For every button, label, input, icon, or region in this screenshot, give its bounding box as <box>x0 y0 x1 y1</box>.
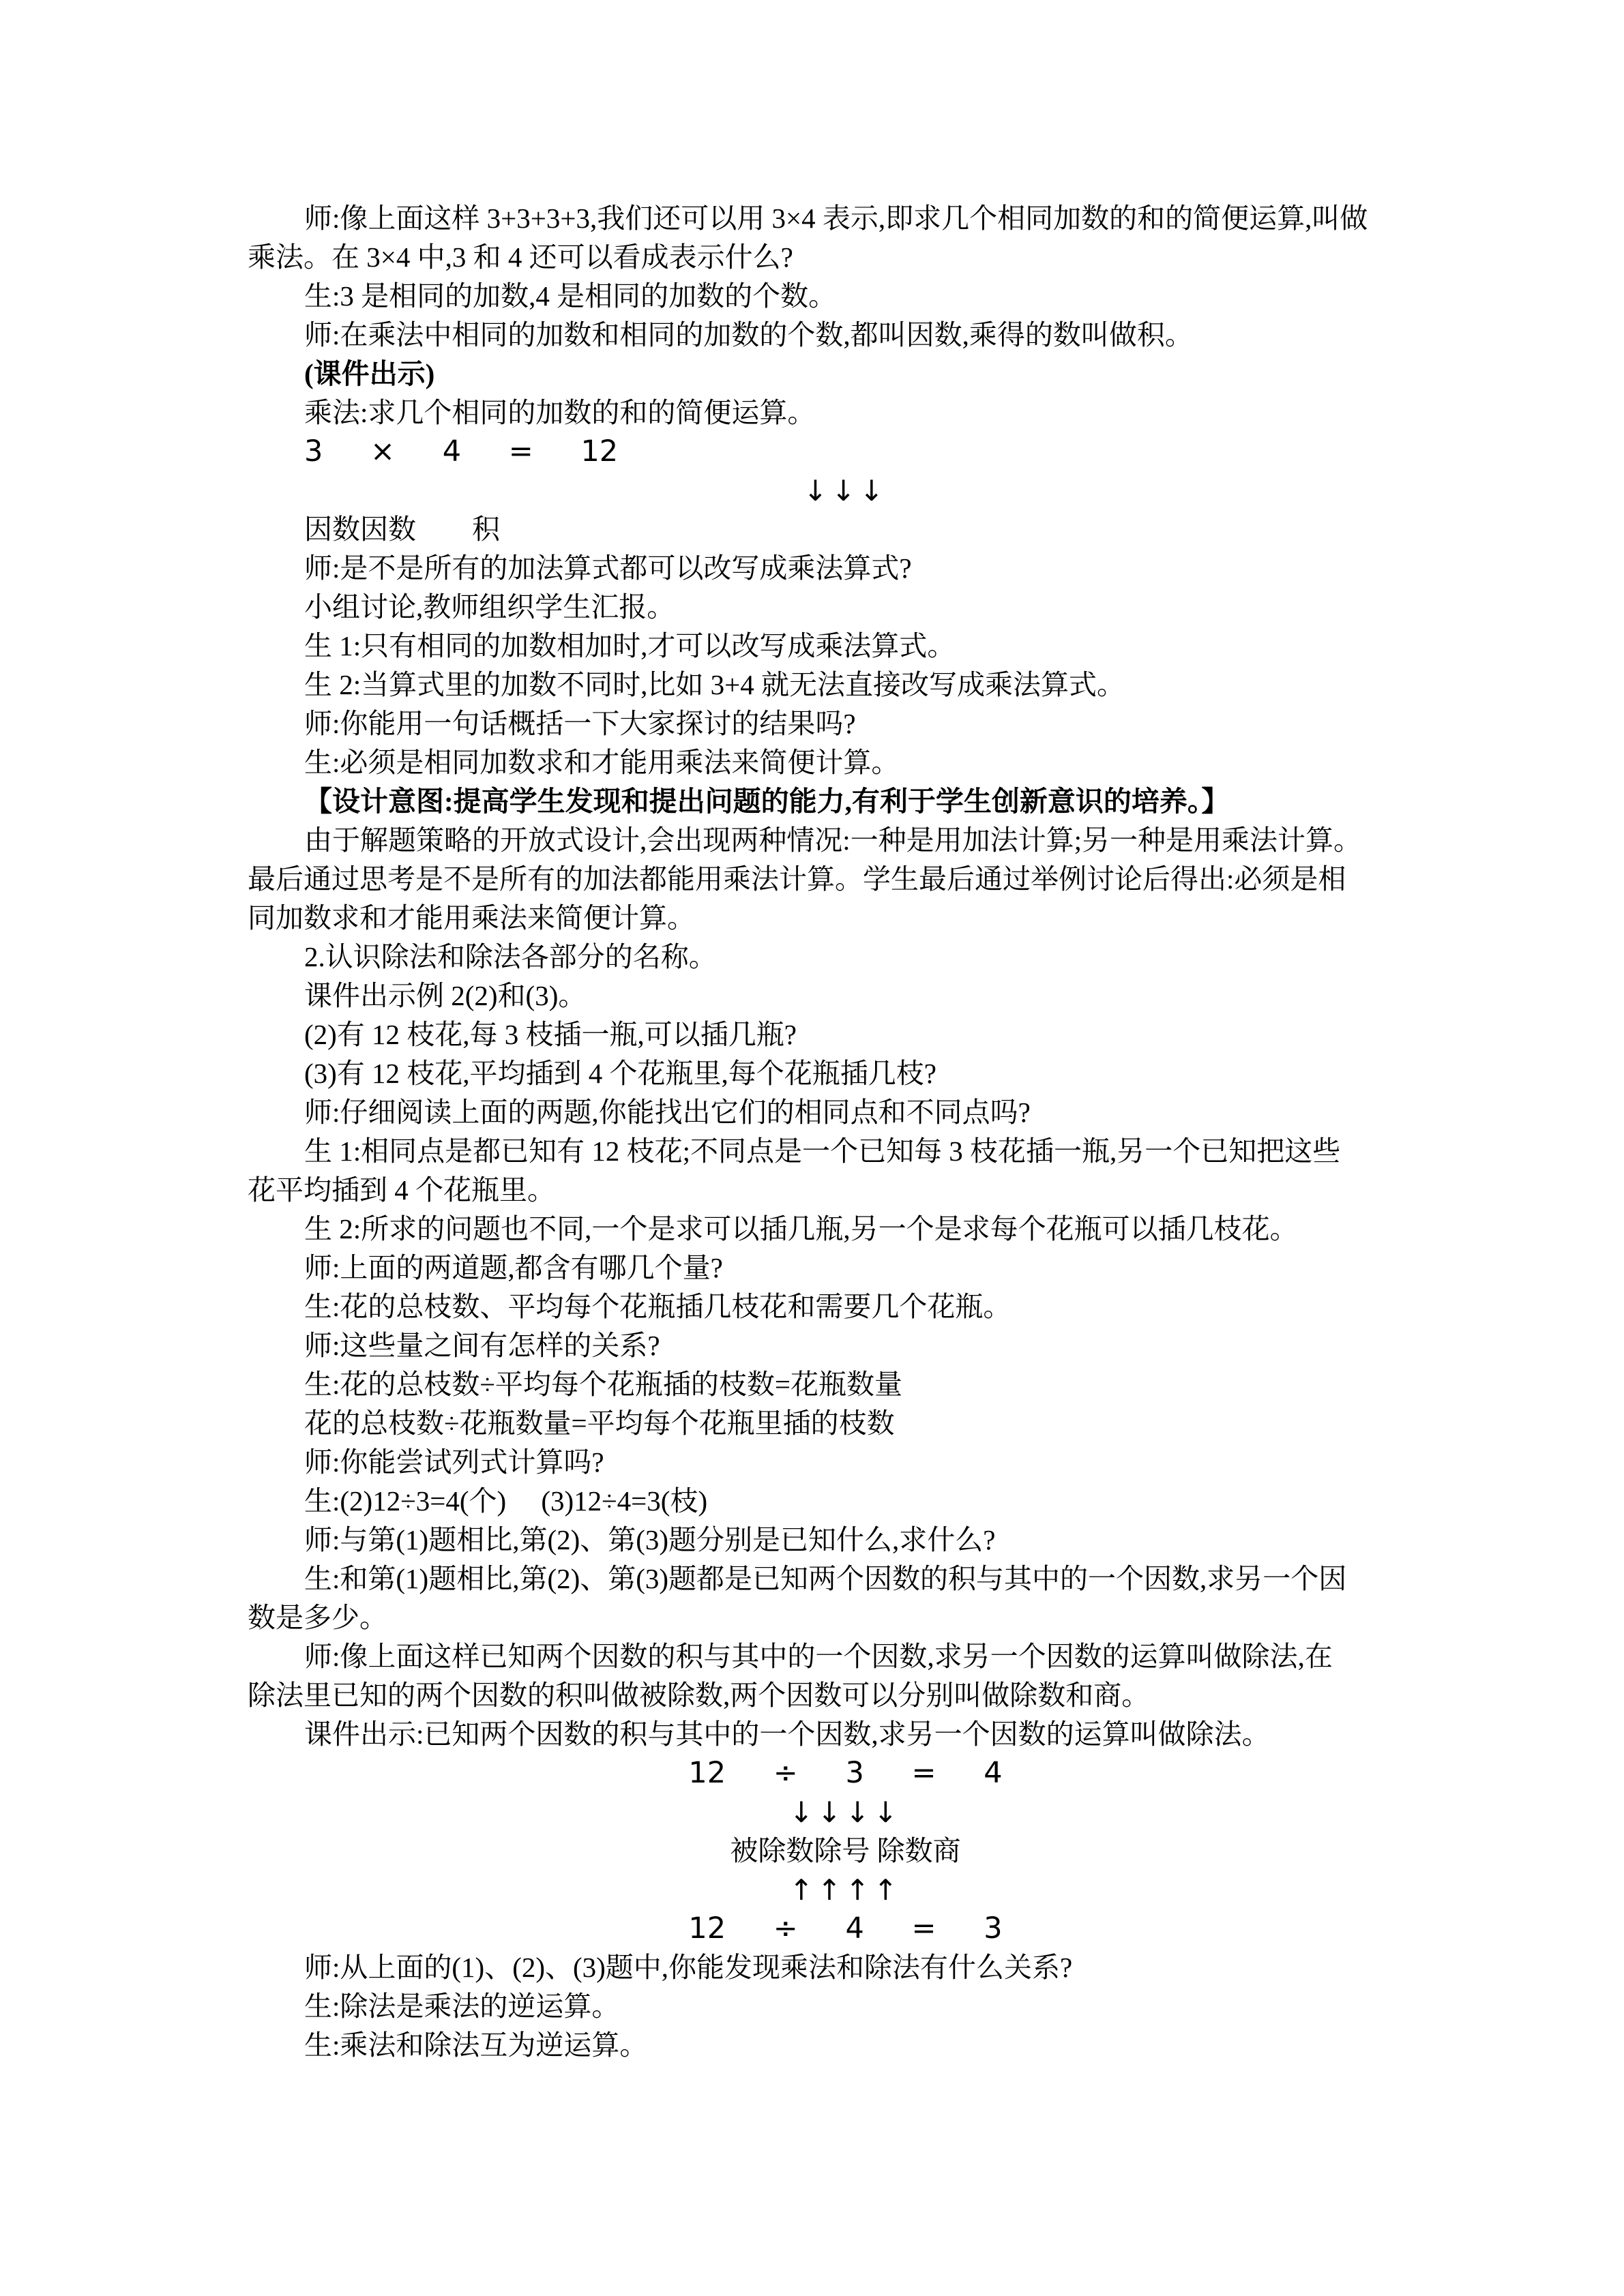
design-intent-note: 【设计意图:提高学生发现和提出问题的能力,有利于学生创新意识的培养。】 <box>248 782 1378 821</box>
student1-line: 生 1:相同点是都已知有 12 枝花;不同点是一个已知每 3 枝花插一瓶,另一个… <box>248 1132 1378 1171</box>
teacher-line: 师:与第(1)题相比,第(2)、第(3)题分别是已知什么,求什么? <box>248 1521 1378 1560</box>
teacher-line: 师:你能用一句话概括一下大家探讨的结果吗? <box>248 704 1378 743</box>
teacher-line: 师:像上面这样已知两个因数的积与其中的一个因数,求另一个因数的运算叫做除法,在 <box>248 1637 1378 1676</box>
problem-3-line: (3)有 12 枝花,平均插到 4 个花瓶里,每个花瓶插几枝? <box>248 1054 1378 1093</box>
teacher-line-continuation: 除法里已知的两个因数的积叫做被除数,两个因数可以分别叫做除数和商。 <box>248 1676 1378 1715</box>
teacher-line: 师:这些量之间有怎样的关系? <box>248 1326 1378 1365</box>
section-heading-division: 2.认识除法和除法各部分的名称。 <box>248 938 1378 976</box>
teacher-line: 师:从上面的(1)、(2)、(3)题中,你能发现乘法和除法有什么关系? <box>248 1948 1378 1987</box>
multiplication-definition: 乘法:求几个相同的加数的和的简便运算。 <box>248 393 1378 432</box>
teacher-line: 师:仔细阅读上面的两题,你能找出它们的相同点和不同点吗? <box>248 1093 1378 1132</box>
student-calculation-line: 生:(2)12÷3=4(个) (3)12÷4=3(枝) <box>248 1482 1378 1521</box>
labels-factor-factor-product: 因数因数 积 <box>248 510 1378 549</box>
stage-direction-courseware: (课件出示) <box>248 355 1378 393</box>
teacher-line: 师:在乘法中相同的加数和相同的加数的个数,都叫因数,乘得的数叫做积。 <box>248 316 1378 355</box>
student2-line: 生 2:当算式里的加数不同时,比如 3+4 就无法直接改写成乘法算式。 <box>248 666 1378 704</box>
formula-line-1: 生:花的总枝数÷平均每个花瓶插的枝数=花瓶数量 <box>248 1365 1378 1404</box>
down-arrows-icon: ↓↓↓↓ <box>280 1793 1411 1832</box>
activity-line: 小组讨论,教师组织学生汇报。 <box>248 588 1378 627</box>
student-line: 生:和第(1)题相比,第(2)、第(3)题都是已知两个因数的积与其中的一个因数,… <box>248 1560 1378 1598</box>
document-page: 师:像上面这样 3+3+3+3,我们还可以用 3×4 表示,即求几个相同加数的和… <box>0 0 1624 2296</box>
document-body: 师:像上面这样 3+3+3+3,我们还可以用 3×4 表示,即求几个相同加数的和… <box>248 199 1378 2065</box>
courseware-example-line: 课件出示例 2(2)和(3)。 <box>248 976 1378 1015</box>
labels-dividend-divisor-quotient: 被除数除号 除数商 <box>280 1832 1411 1870</box>
problem-2-line: (2)有 12 枝花,每 3 枝插一瓶,可以插几瓶? <box>248 1015 1378 1054</box>
student1-line-continuation: 花平均插到 4 个花瓶里。 <box>248 1171 1378 1210</box>
equation-division-2: 12 ÷ 4 = 3 <box>280 1909 1411 1948</box>
student-line: 生:3 是相同的加数,4 是相同的加数的个数。 <box>248 277 1378 316</box>
teacher-line-continuation: 乘法。在 3×4 中,3 和 4 还可以看成表示什么? <box>248 238 1378 277</box>
up-arrows-icon: ↑↑↑↑ <box>280 1870 1411 1909</box>
student-line: 生:必须是相同加数求和才能用乘法来简便计算。 <box>248 743 1378 782</box>
equation-division-1: 12 ÷ 3 = 4 <box>280 1754 1411 1793</box>
teacher-line: 师:是不是所有的加法算式都可以改写成乘法算式? <box>248 549 1378 588</box>
student-line: 生:乘法和除法互为逆运算。 <box>248 2026 1378 2065</box>
teacher-line: 师:你能尝试列式计算吗? <box>248 1443 1378 1482</box>
student-line-continuation: 数是多少。 <box>248 1598 1378 1637</box>
commentary-line-continuation: 同加数求和才能用乘法来简便计算。 <box>248 899 1378 938</box>
student2-line: 生 2:所求的问题也不同,一个是求可以插几瓶,另一个是求每个花瓶可以插几枝花。 <box>248 1210 1378 1249</box>
equation-multiplication: 3 × 4 = 12 <box>248 432 1378 471</box>
student-line: 生:除法是乘法的逆运算。 <box>248 1987 1378 2026</box>
formula-line-2: 花的总枝数÷花瓶数量=平均每个花瓶里插的枝数 <box>248 1404 1378 1443</box>
commentary-line-continuation: 最后通过思考是不是所有的加法都能用乘法计算。学生最后通过举例讨论后得出:必须是相 <box>248 860 1378 899</box>
teacher-line: 师:像上面这样 3+3+3+3,我们还可以用 3×4 表示,即求几个相同加数的和… <box>248 199 1378 238</box>
commentary-line: 由于解题策略的开放式设计,会出现两种情况:一种是用加法计算;另一种是用乘法计算。 <box>248 821 1378 860</box>
teacher-line: 师:上面的两道题,都含有哪几个量? <box>248 1249 1378 1287</box>
student1-line: 生 1:只有相同的加数相加时,才可以改写成乘法算式。 <box>248 627 1378 666</box>
student-line: 生:花的总枝数、平均每个花瓶插几枝花和需要几个花瓶。 <box>248 1287 1378 1326</box>
down-arrows-icon: ↓↓↓ <box>280 471 1411 510</box>
courseware-definition-line: 课件出示:已知两个因数的积与其中的一个因数,求另一个因数的运算叫做除法。 <box>248 1715 1378 1754</box>
